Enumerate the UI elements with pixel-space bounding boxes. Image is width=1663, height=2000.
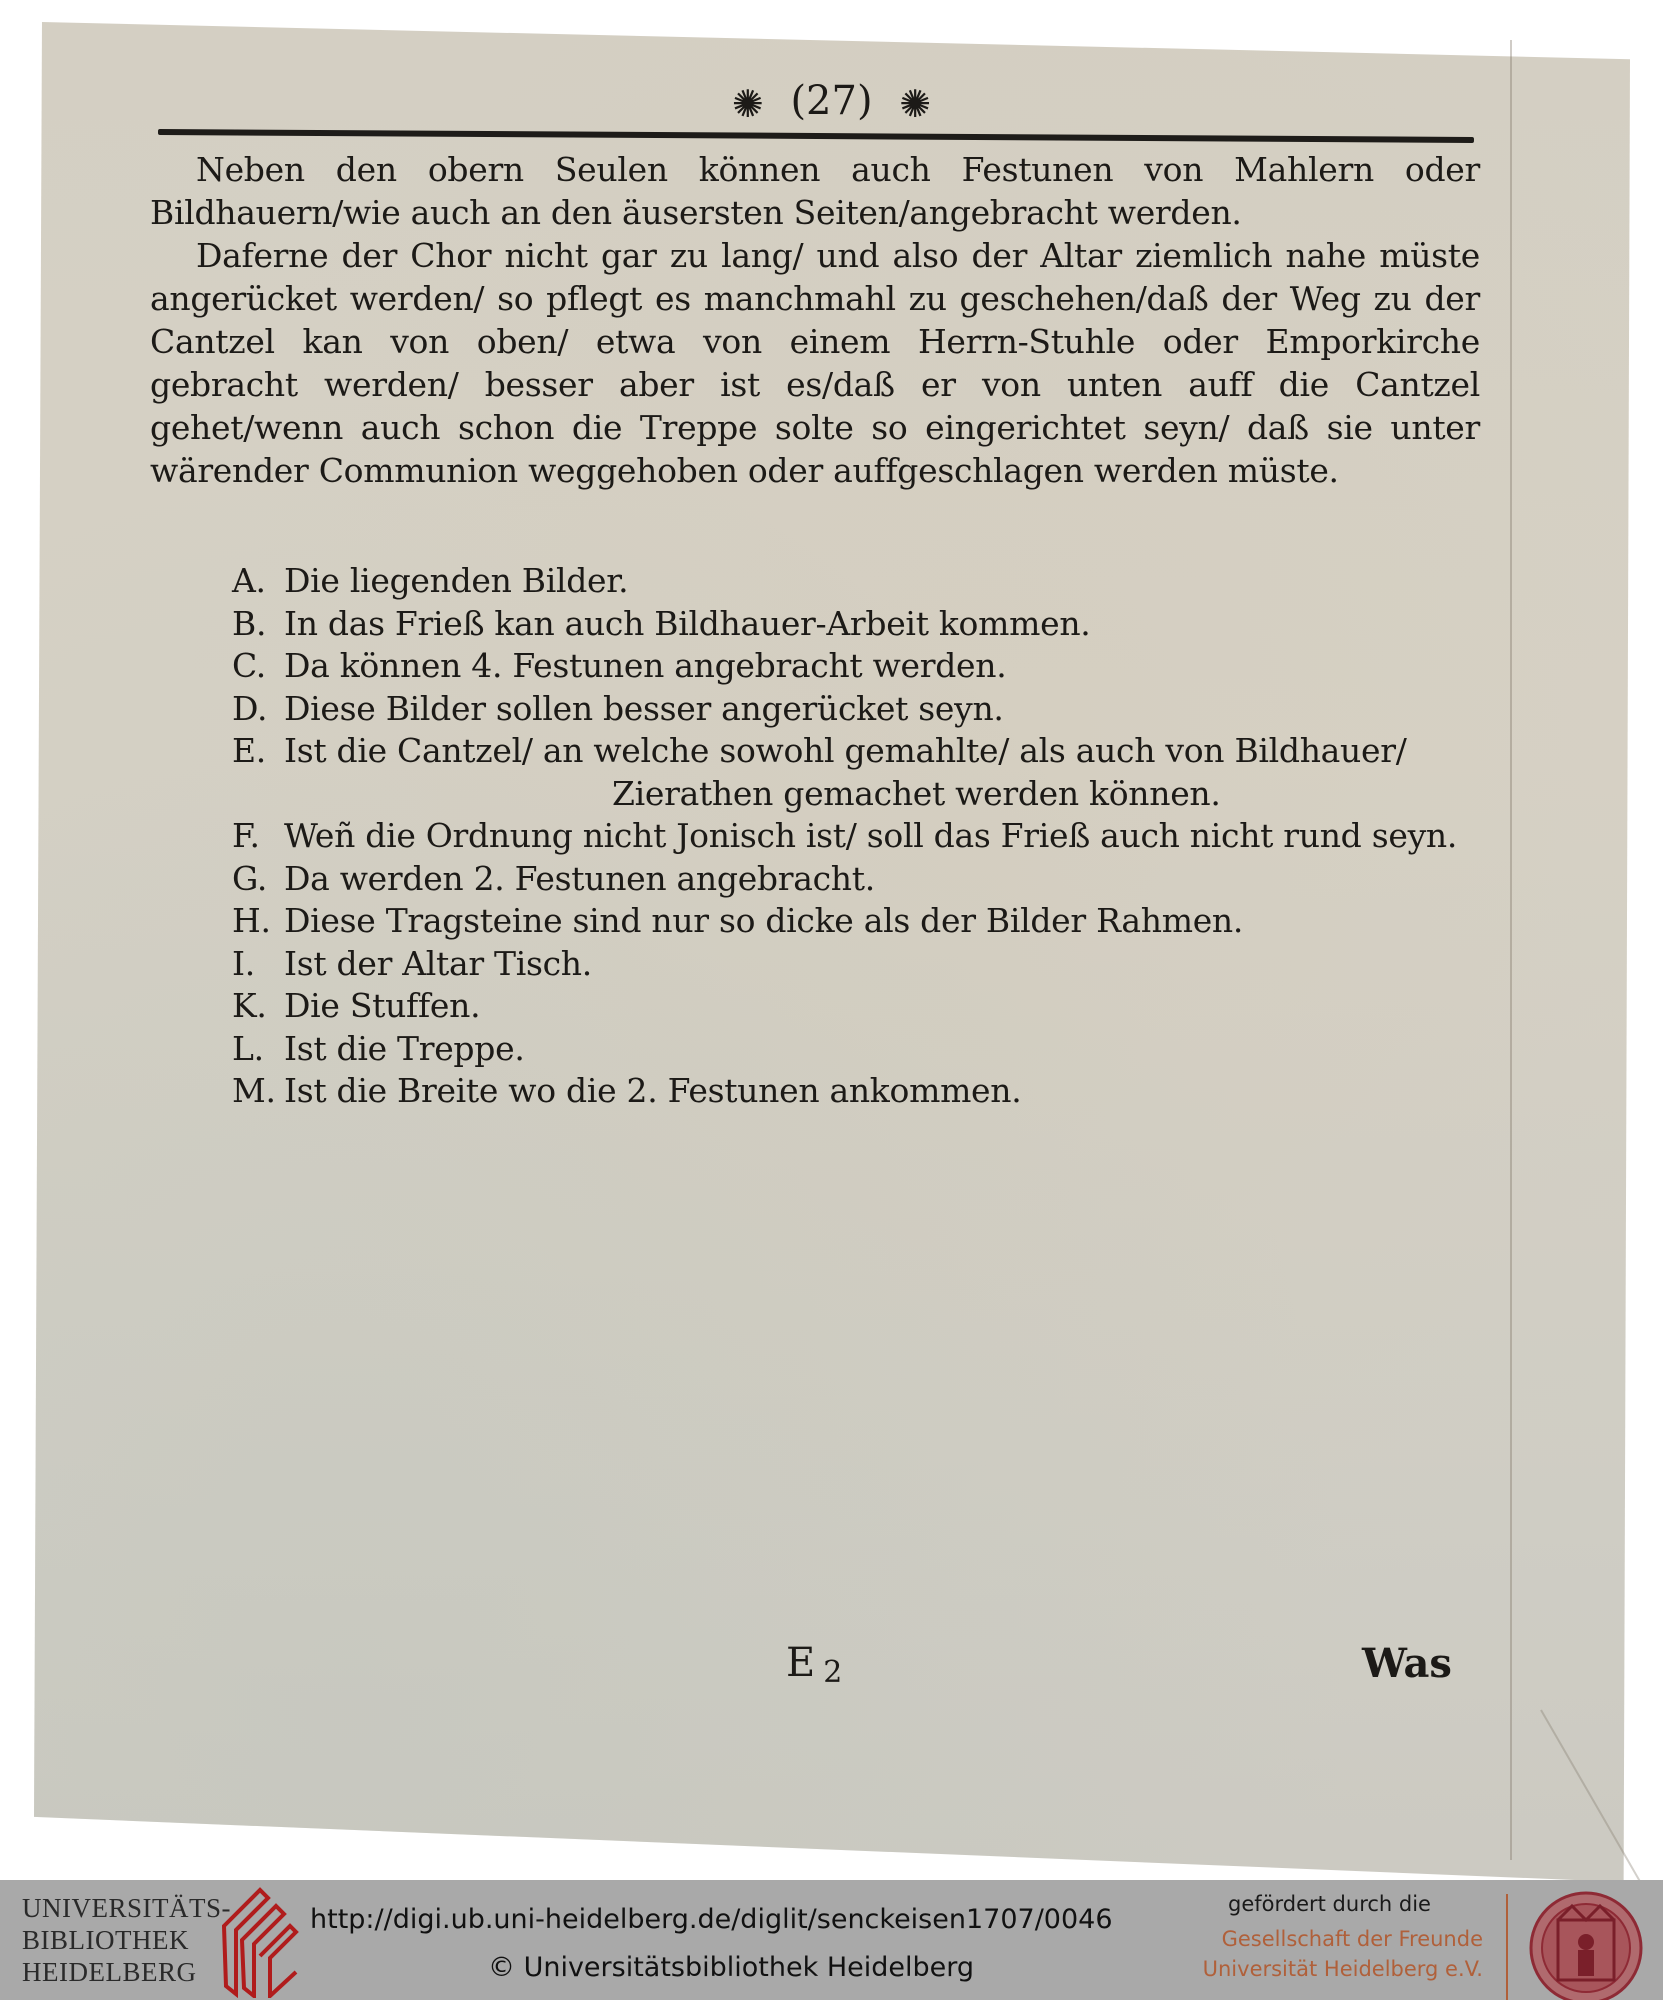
legend-text: Da werden 2. Festunen angebracht. (284, 858, 875, 901)
legend-item-g: G.Da werden 2. Festunen angebracht. (232, 858, 1462, 901)
signature-letter: E (786, 1640, 815, 1686)
paragraph: Daferne der Chor nicht gar zu lang/ und … (150, 234, 1480, 492)
ornament-left-icon: ✺ (732, 82, 764, 126)
legend-item-k: K.Die Stuffen. (232, 985, 1462, 1028)
society-name: Gesellschaft der Freunde Universität Hei… (1203, 1924, 1483, 1984)
signature-number: 2 (823, 1655, 842, 1690)
running-head: ✺ (27) ✺ (0, 78, 1663, 126)
society-name-line: Universität Heidelberg e.V. (1203, 1954, 1483, 1984)
legend-item-a: A.Die liegenden Bilder. (232, 560, 1462, 603)
footer-divider (1506, 1894, 1508, 2000)
copyright-text: © Universitätsbibliothek Heidelberg (488, 1952, 974, 1983)
library-name-line: UNIVERSITÄTS- (22, 1892, 231, 1924)
legend-text: Ist der Altar Tisch. (284, 943, 592, 986)
legend-text: Diese Tragsteine sind nur so dicke als d… (284, 900, 1243, 943)
legend-text: Ist die Breite wo die 2. Festunen ankomm… (284, 1070, 1021, 1113)
legend-item-f: F.Weñ die Ordnung nicht Jonisch ist/ sol… (232, 815, 1462, 858)
legend-item-l: L.Ist die Treppe. (232, 1028, 1462, 1071)
paper-fold-crease (1510, 40, 1512, 1860)
library-name-line: BIBLIOTHEK (22, 1924, 231, 1956)
society-name-line: Gesellschaft der Freunde (1203, 1924, 1483, 1954)
footer-banner: UNIVERSITÄTS- BIBLIOTHEK HEIDELBERG http… (0, 1880, 1663, 2000)
legend-text: Da können 4. Festunen angebracht werden. (284, 645, 1006, 688)
legend-text: In das Frieß kan auch Bildhauer-Arbeit k… (284, 603, 1090, 646)
legend-text: Weñ die Ordnung nicht Jonisch ist/ soll … (284, 815, 1457, 858)
legend-letter: K. (232, 985, 284, 1028)
legend-letter: F. (232, 815, 284, 858)
legend-letter: M. (232, 1070, 284, 1113)
legend-letter: L. (232, 1028, 284, 1071)
legend-item-i: I.Ist der Altar Tisch. (232, 943, 1462, 986)
catchword: Was (1362, 1640, 1452, 1687)
legend-text: Die Stuffen. (284, 985, 480, 1028)
permalink-url[interactable]: http://digi.ub.uni-heidelberg.de/diglit/… (310, 1904, 1113, 1935)
legend-item-c: C.Da können 4. Festunen angebracht werde… (232, 645, 1462, 688)
library-name: UNIVERSITÄTS- BIBLIOTHEK HEIDELBERG (22, 1892, 231, 1988)
legend-letter: D. (232, 688, 284, 731)
legend-item-b: B.In das Frieß kan auch Bildhauer-Arbeit… (232, 603, 1462, 646)
legend-letter: H. (232, 900, 284, 943)
legend-text: Ist die Cantzel/ an welche sowohl gemahl… (284, 730, 1407, 773)
legend-item-m: M.Ist die Breite wo die 2. Festunen anko… (232, 1070, 1462, 1113)
ornament-right-icon: ✺ (899, 82, 931, 126)
legend-letter: C. (232, 645, 284, 688)
legend-item-h: H.Diese Tragsteine sind nur so dicke als… (232, 900, 1462, 943)
scanned-page: ✺ (27) ✺ Neben den obern Seulen können a… (0, 0, 1663, 1880)
figure-legend: A.Die liegenden Bilder. B.In das Frieß k… (232, 560, 1462, 1113)
legend-letter: I. (232, 943, 284, 986)
legend-item-d: D.Diese Bilder sollen besser angerücket … (232, 688, 1462, 731)
paragraph: Neben den obern Seulen können auch Festu… (150, 148, 1480, 234)
funded-by-label: gefördert durch die (1228, 1892, 1431, 1916)
legend-item-e: E.Ist die Cantzel/ an welche sowohl gema… (232, 730, 1462, 773)
legend-letter: E. (232, 730, 284, 773)
legend-text: Die liegenden Bilder. (284, 560, 628, 603)
legend-item-e-continuation: Zierathen gemachet werden können. (232, 773, 1462, 816)
legend-text: Diese Bilder sollen besser angerücket se… (284, 688, 1004, 731)
university-seal-icon (1528, 1890, 1644, 2000)
page-number: (27) (790, 78, 872, 124)
library-name-line: HEIDELBERG (22, 1956, 231, 1988)
legend-text-continuation: Zierathen gemachet werden können. (232, 773, 1221, 816)
body-text: Neben den obern Seulen können auch Festu… (150, 148, 1480, 492)
legend-letter: A. (232, 560, 284, 603)
legend-letter: G. (232, 858, 284, 901)
legend-text: Ist die Treppe. (284, 1028, 525, 1071)
library-logo-icon (220, 1886, 300, 1998)
signature-mark: E2 (786, 1640, 842, 1690)
legend-letter: B. (232, 603, 284, 646)
